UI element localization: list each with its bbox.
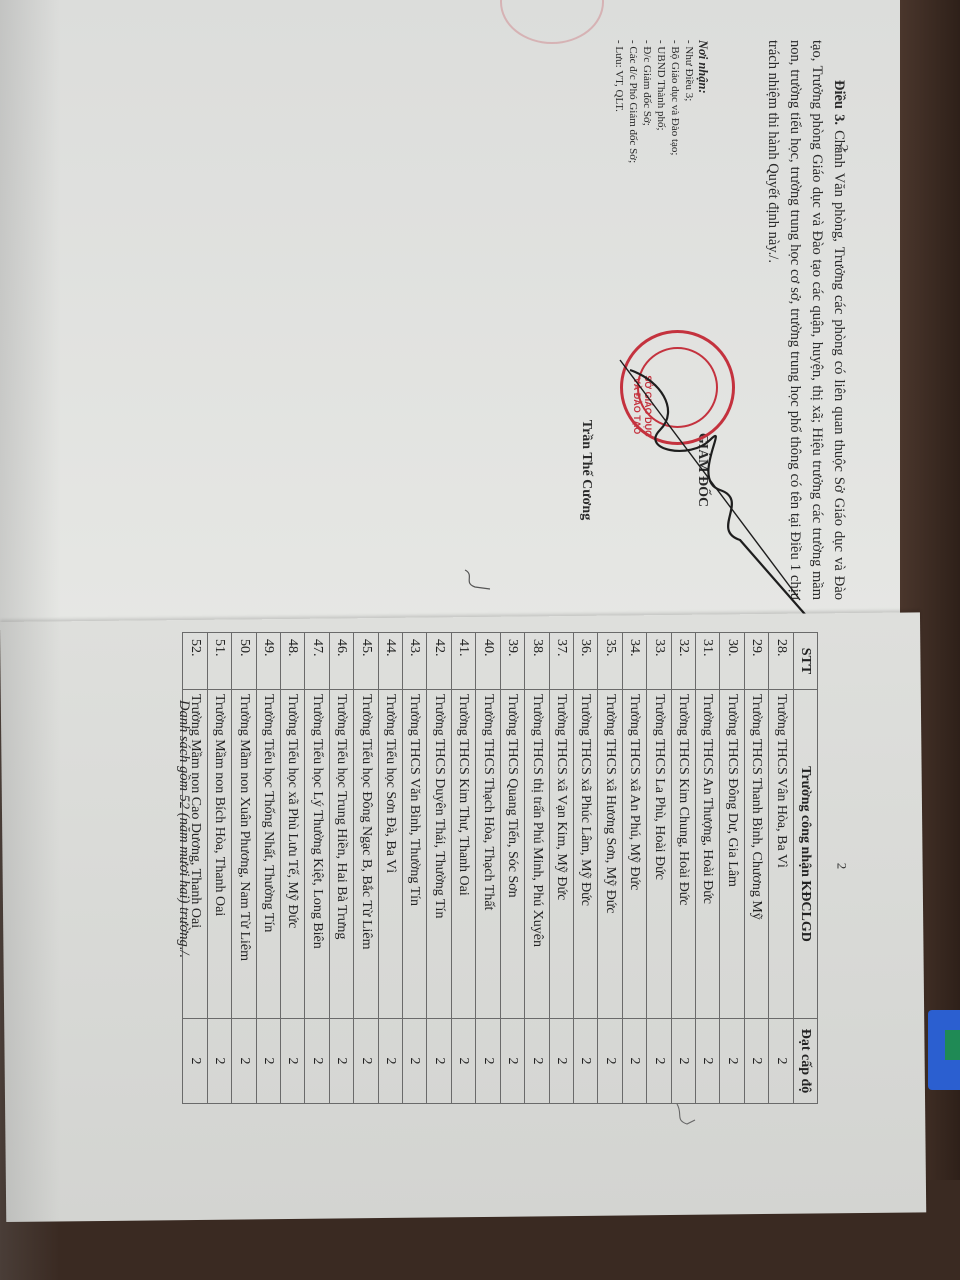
row-level: 2	[671, 1019, 695, 1104]
row-stt: 32.	[671, 633, 695, 690]
row-stt: 37.	[549, 633, 573, 690]
green-object	[945, 1030, 960, 1060]
row-school-name: Trường THCS Văn Bình, Thường Tín	[403, 690, 427, 1019]
row-stt: 29.	[744, 633, 768, 690]
row-level: 2	[769, 1019, 793, 1104]
row-school-name: Trường THCS xã Vạn Kim, Mỹ Đức	[549, 690, 573, 1019]
row-level: 2	[207, 1019, 231, 1104]
row-school-name: Trường THCS xã Hương Sơn, Mỹ Đức	[598, 690, 622, 1019]
row-stt: 35.	[598, 633, 622, 690]
faded-stamp-icon	[500, 0, 604, 44]
row-stt: 38.	[525, 633, 549, 690]
row-stt: 49.	[256, 633, 280, 690]
pencil-mark-icon	[455, 565, 495, 595]
table-row: 41.Trường THCS Kim Thư, Thanh Oai2	[451, 633, 475, 1104]
table-row: 42.Trường THCS Duyên Thái, Thường Tín2	[427, 633, 451, 1104]
row-stt: 42.	[427, 633, 451, 690]
row-school-name: Trường THCS Duyên Thái, Thường Tín	[427, 690, 451, 1019]
row-stt: 45.	[354, 633, 378, 690]
row-level: 2	[305, 1019, 329, 1104]
table-row: 33.Trường THCS La Phù, Hoài Đức2	[647, 633, 671, 1104]
row-level: 2	[598, 1019, 622, 1104]
row-school-name: Trường Mầm non Xuân Phương, Nam Từ Liêm	[232, 690, 256, 1019]
row-school-name: Trường THCS Quang Tiến, Sóc Sơn	[500, 690, 524, 1019]
row-level: 2	[183, 1019, 207, 1104]
top-page: 2 Điều 3. Chánh Văn phòng, Trưởng các ph…	[0, 0, 900, 630]
table-row: 50.Trường Mầm non Xuân Phương, Nam Từ Li…	[232, 633, 256, 1104]
row-level: 2	[427, 1019, 451, 1104]
pencil-mark-icon	[665, 1100, 705, 1130]
header-level: Đạt cấp độ	[793, 1019, 817, 1104]
table-row: 51.Trường Mầm non Bích Hòa, Thanh Oai2	[207, 633, 231, 1104]
row-level: 2	[451, 1019, 475, 1104]
table-row: 49.Trường Tiểu học Thống Nhất, Thường Tí…	[256, 633, 280, 1104]
row-level: 2	[744, 1019, 768, 1104]
row-school-name: Trường THCS Thạch Hòa, Thạch Thất	[476, 690, 500, 1019]
table-row: 46.Trường Tiểu học Trung Hiền, Hai Bà Tr…	[329, 633, 353, 1104]
row-school-name: Trường THCS xã An Phú, Mỹ Đức	[622, 690, 646, 1019]
row-school-name: Trường THCS Đông Dư, Gia Lâm	[720, 690, 744, 1019]
row-school-name: Trường THCS La Phù, Hoài Đức	[647, 690, 671, 1019]
row-level: 2	[256, 1019, 280, 1104]
table-row: 29.Trường THCS Thanh Bình, Chương Mỹ2	[744, 633, 768, 1104]
table-row: 37.Trường THCS xã Vạn Kim, Mỹ Đức2	[549, 633, 573, 1104]
row-level: 2	[720, 1019, 744, 1104]
table-row: 31.Trường THCS An Thượng, Hoài Đức2	[695, 633, 719, 1104]
recipient-item: - Các đ/c Phó Giám đốc Sở;	[626, 40, 640, 300]
row-stt: 51.	[207, 633, 231, 690]
recipients-block: Nơi nhận: - Như Điều 3; - Bộ Giáo dục và…	[612, 40, 710, 300]
row-school-name: Trường THCS xã Phúc Lâm, Mỹ Đức	[573, 690, 597, 1019]
list-summary: Danh sách gồm 52 (năm mươi hai) trường./…	[175, 700, 192, 1020]
table-row: 35.Trường THCS xã Hương Sơn, Mỹ Đức2	[598, 633, 622, 1104]
recipient-item: - UBND Thành phố;	[654, 40, 668, 300]
header-school: Trường công nhận KĐCLGD	[793, 690, 817, 1019]
row-level: 2	[354, 1019, 378, 1104]
table-row: 40.Trường THCS Thạch Hòa, Thạch Thất2	[476, 633, 500, 1104]
row-level: 2	[622, 1019, 646, 1104]
row-school-name: Trường Tiểu học Lý Thường Kiệt, Long Biê…	[305, 690, 329, 1019]
row-stt: 48.	[281, 633, 305, 690]
table-row: 39.Trường THCS Quang Tiến, Sóc Sơn2	[500, 633, 524, 1104]
row-level: 2	[500, 1019, 524, 1104]
row-level: 2	[403, 1019, 427, 1104]
row-school-name: Trường THCS Thanh Bình, Chương Mỹ	[744, 690, 768, 1019]
recipients-title: Nơi nhận:	[696, 40, 710, 300]
recipient-item: - Đ/c Giám đốc Sở;	[640, 40, 654, 300]
table-row: 30.Trường THCS Đông Dư, Gia Lâm2	[720, 633, 744, 1104]
table-row: 47.Trường Tiểu học Lý Thường Kiệt, Long …	[305, 633, 329, 1104]
row-stt: 31.	[695, 633, 719, 690]
row-level: 2	[281, 1019, 305, 1104]
row-stt: 50.	[232, 633, 256, 690]
row-school-name: Trường THCS Vân Hòa, Ba Vì	[769, 690, 793, 1019]
row-school-name: Trường THCS Kim Chung, Hoài Đức	[671, 690, 695, 1019]
recipient-item: - Như Điều 3;	[682, 40, 696, 300]
row-stt: 52.	[183, 633, 207, 690]
row-stt: 40.	[476, 633, 500, 690]
row-level: 2	[476, 1019, 500, 1104]
row-level: 2	[647, 1019, 671, 1104]
table-row: 45.Trường Tiểu học Đông Ngạc B, Bắc Từ L…	[354, 633, 378, 1104]
row-stt: 47.	[305, 633, 329, 690]
row-school-name: Trường Tiểu học xã Phù Lưu Tế, Mỹ Đức	[281, 690, 305, 1019]
row-stt: 28.	[769, 633, 793, 690]
table-row: 28.Trường THCS Vân Hòa, Ba Vì2	[769, 633, 793, 1104]
row-school-name: Trường THCS Kim Thư, Thanh Oai	[451, 690, 475, 1019]
row-level: 2	[525, 1019, 549, 1104]
page-number-bottom: 2	[833, 863, 849, 870]
row-school-name: Trường THCS thị trấn Phú Minh, Phú Xuyên	[525, 690, 549, 1019]
row-level: 2	[329, 1019, 353, 1104]
table-header-row: STT Trường công nhận KĐCLGD Đạt cấp độ	[793, 633, 817, 1104]
row-school-name: Trường Tiểu học Sơn Đà, Ba Vì	[378, 690, 402, 1019]
table-row: 43.Trường THCS Văn Bình, Thường Tín2	[403, 633, 427, 1104]
article-label: Điều 3.	[831, 80, 847, 125]
table-row: 32.Trường THCS Kim Chung, Hoài Đức2	[671, 633, 695, 1104]
row-school-name: Trường Mầm non Bích Hòa, Thanh Oai	[207, 690, 231, 1019]
table-row: 48.Trường Tiểu học xã Phù Lưu Tế, Mỹ Đức…	[281, 633, 305, 1104]
recipient-item: - Bộ Giáo dục và Đào tạo;	[668, 40, 682, 300]
row-stt: 39.	[500, 633, 524, 690]
row-level: 2	[695, 1019, 719, 1104]
school-table: STT Trường công nhận KĐCLGD Đạt cấp độ 2…	[182, 632, 818, 1104]
signer-name: Trần Thế Cương	[578, 360, 594, 580]
table-row: 38.Trường THCS thị trấn Phú Minh, Phú Xu…	[525, 633, 549, 1104]
row-school-name: Trường Tiểu học Thống Nhất, Thường Tín	[256, 690, 280, 1019]
recipient-item: - Lưu: VT, QLT.	[612, 40, 626, 300]
row-school-name: Trường Tiểu học Đông Ngạc B, Bắc Từ Liêm	[354, 690, 378, 1019]
row-school-name: Trường THCS An Thượng, Hoài Đức	[695, 690, 719, 1019]
row-stt: 44.	[378, 633, 402, 690]
row-stt: 46.	[329, 633, 353, 690]
school-table-container: STT Trường công nhận KĐCLGD Đạt cấp độ 2…	[182, 632, 818, 1104]
row-stt: 30.	[720, 633, 744, 690]
row-stt: 41.	[451, 633, 475, 690]
table-row: 36.Trường THCS xã Phúc Lâm, Mỹ Đức2	[573, 633, 597, 1104]
header-stt: STT	[793, 633, 817, 690]
row-stt: 43.	[403, 633, 427, 690]
row-stt: 33.	[647, 633, 671, 690]
table-row: 44.Trường Tiểu học Sơn Đà, Ba Vì2	[378, 633, 402, 1104]
row-level: 2	[378, 1019, 402, 1104]
signature-icon	[600, 340, 820, 630]
row-school-name: Trường Tiểu học Trung Hiền, Hai Bà Trưng	[329, 690, 353, 1019]
row-level: 2	[232, 1019, 256, 1104]
table-row: 34.Trường THCS xã An Phú, Mỹ Đức2	[622, 633, 646, 1104]
row-stt: 36.	[573, 633, 597, 690]
row-level: 2	[573, 1019, 597, 1104]
row-level: 2	[549, 1019, 573, 1104]
row-stt: 34.	[622, 633, 646, 690]
